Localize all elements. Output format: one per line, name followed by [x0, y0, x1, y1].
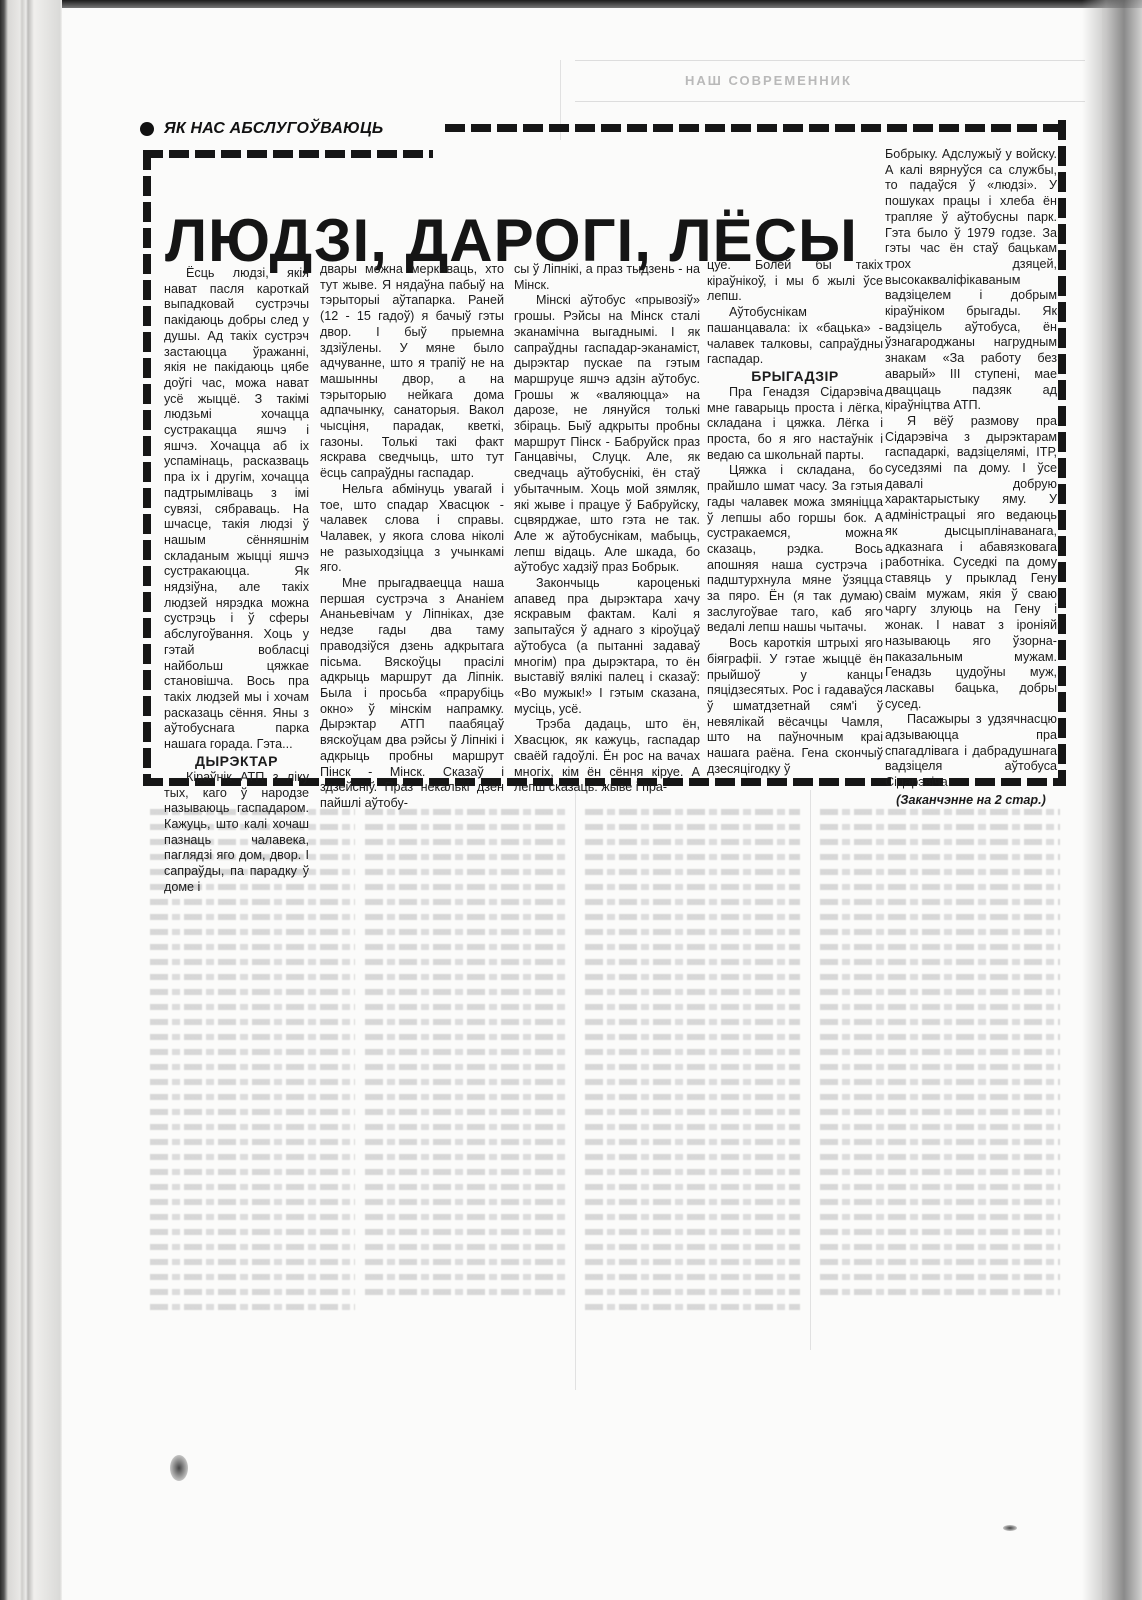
- article-column-1: Ёсць людзі, якія нават пасля кароткай вы…: [164, 266, 309, 895]
- book-spine-edge: [0, 0, 62, 1600]
- bleed-through-column: [365, 800, 565, 1345]
- paragraph: Я вёў размову пра Сідарэвіча з дырэктара…: [885, 414, 1057, 712]
- article-column-5: Бобрыку. Адслужыў у войску. А калі вярну…: [885, 147, 1057, 809]
- paragraph: двары можна меркаваць, хто тут жыве. Я н…: [320, 262, 504, 482]
- bleed-through-column: [585, 800, 800, 1370]
- dashed-border-left: [143, 150, 151, 786]
- scan-top-edge: [0, 0, 1142, 8]
- page-curl-shadow: [1082, 0, 1142, 1600]
- paragraph: Ёсць людзі, якія нават пасля кароткай вы…: [164, 266, 309, 753]
- dashed-rule-top: [445, 124, 1060, 132]
- continuation-note: (Заканчэнне на 2 стар.): [885, 793, 1057, 809]
- scan-smudge: [1003, 1525, 1017, 1531]
- paragraph: Мне прыгадваецца наша першая сустрэча з …: [320, 576, 504, 812]
- article-column-2: двары можна меркаваць, хто тут жыве. Я н…: [320, 262, 504, 812]
- bleed-through-column: [820, 800, 1060, 1345]
- paragraph: Вось кароткія штрыхі яго біяграфіі. У гэ…: [707, 636, 883, 777]
- paragraph: Нельга абмінуць увагай і тое, што спадар…: [320, 482, 504, 576]
- bullet-icon: [140, 122, 154, 136]
- section-rubric: ЯК НАС АБСЛУГОЎВАЮЦЬ: [140, 120, 383, 138]
- faint-masthead-text: НАШ СОВРЕМЕННИК: [685, 73, 852, 88]
- faint-masthead: НАШ СОВРЕМЕННИК: [575, 60, 1085, 102]
- paragraph: Закончыць кароценькі апавед пра дырэктар…: [514, 576, 700, 717]
- article-column-3: сы ў Ліпнікі, а праз тыдзень - на Мінск.…: [514, 262, 700, 796]
- article-column-4: цуе. Болей бы такіх кіраўнікоў, і мы б ж…: [707, 258, 883, 778]
- subheading-director: ДЫРЭКТАР: [164, 753, 309, 770]
- subheading-brigadier: БРЫГАДЗІР: [707, 368, 883, 385]
- paragraph: Бобрыку. Адслужыў у войску. А калі вярну…: [885, 147, 1057, 414]
- paragraph: Цяжка і складана, бо прайшло шмат часу. …: [707, 463, 883, 636]
- dashed-border-top: [143, 150, 433, 158]
- paragraph: цуе. Болей бы такіх кіраўнікоў, і мы б ж…: [707, 258, 883, 305]
- paragraph: Пасажыры з удзячнасцю адзываюцца пра спа…: [885, 712, 1057, 791]
- paragraph: Мінскі аўтобус «прывозіў» грошы. Рэйсы н…: [514, 293, 700, 576]
- section-rubric-label: ЯК НАС АБСЛУГОЎВАЮЦЬ: [164, 120, 383, 138]
- dashed-border-right: [1058, 120, 1066, 786]
- paragraph: Аўтобуснікам пашанцавала: іх «бацька» - …: [707, 305, 883, 368]
- paragraph: Кіраўнік АТП з ліку тых, каго ў народзе …: [164, 770, 309, 896]
- faint-column-rule: [810, 790, 811, 1350]
- paragraph: сы ў Ліпнікі, а праз тыдзень - на Мінск.: [514, 262, 700, 293]
- paragraph: Пра Генадзя Сідарэвіча мне гаварыць прос…: [707, 385, 883, 464]
- faint-column-rule: [575, 790, 576, 1390]
- scan-smudge: [170, 1455, 188, 1481]
- paragraph: Трэба дадаць, што ён, Хвасцюк, як кажуць…: [514, 717, 700, 796]
